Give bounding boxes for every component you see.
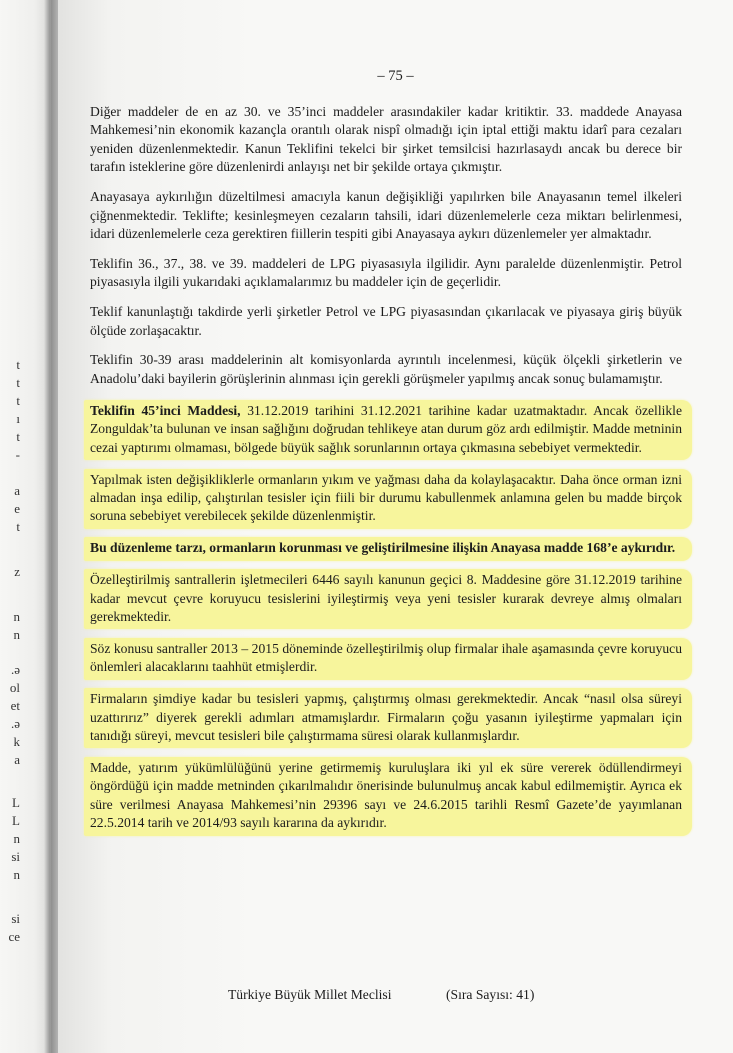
highlighted-paragraph: Madde, yatırım yükümlülüğünü yerine geti… [84,757,692,836]
previous-page-text-fragment: n [0,832,20,845]
previous-page-text-fragment: z [0,565,20,578]
previous-page-text-fragment: L [0,796,20,809]
previous-page-text-fragment: ə. [0,663,20,676]
previous-page-text-fragment: n [0,868,20,881]
paragraph: Diğer maddeler de en az 30. ve 35’inci m… [90,103,682,177]
previous-page-text-fragment: ol [0,681,20,694]
previous-page-text-fragment: ce [0,930,20,943]
paragraph: Teklif kanunlaştığı takdirde yerli şirke… [90,303,682,340]
previous-page-text-fragment: t [0,394,20,407]
paragraph-text: Anayasaya aykırılığın düzeltilmesi amacı… [90,189,682,241]
previous-page-text-fragment: e [0,502,20,515]
paragraph-bold-lead: Bu düzenleme tarzı, ormanların korunması… [90,540,675,555]
previous-page-text-fragment: ı [0,412,20,425]
previous-page-text-fragment: t [0,430,20,443]
document-page: – 75 – Diğer maddeler de en az 30. ve 35… [58,0,733,1053]
previous-page-text-fragment: si [0,912,20,925]
paragraph: Teklifin 30-39 arası maddelerinin alt ko… [90,351,682,388]
highlighted-paragraph: Bu düzenleme tarzı, ormanların korunması… [84,537,692,560]
previous-page-edge: tttıt-aetznnə.oletə.kaLLnsinsice [0,0,50,1053]
paragraph-text: Teklifin 36., 37., 38. ve 39. maddeleri … [90,256,682,289]
paragraph-text: Yapılmak isten değişikliklerle ormanları… [90,472,682,524]
previous-page-text-fragment: k [0,735,20,748]
footer-sira-sayisi: (Sıra Sayısı: 41) [446,987,534,1003]
previous-page-text-fragment: L [0,814,20,827]
previous-page-text-fragment: - [0,448,20,461]
paragraph-text: Söz konusu santraller 2013 – 2015 dönemi… [90,641,682,674]
highlighted-paragraph: Özelleştirilmiş santrallerin işletmecile… [84,569,692,629]
previous-page-text-fragment: et [0,699,20,712]
page-body: Diğer maddeler de en az 30. ve 35’inci m… [90,103,682,847]
paragraph-text: Diğer maddeler de en az 30. ve 35’inci m… [90,104,682,174]
previous-page-text-fragment: t [0,376,20,389]
previous-page-text-fragment: a [0,484,20,497]
paragraph: Teklifin 36., 37., 38. ve 39. maddeleri … [90,255,682,292]
highlighted-paragraph: Söz konusu santraller 2013 – 2015 dönemi… [84,638,692,680]
paragraph-text: Firmaların şimdiye kadar bu tesisleri ya… [90,691,682,743]
previous-page-text-fragment: n [0,610,20,623]
previous-page-text-fragment: n [0,628,20,641]
paragraph-text: Özelleştirilmiş santrallerin işletmecile… [90,572,682,624]
page-number: – 75 – [58,68,733,85]
paragraph-bold-lead: Teklifin 45’inci Maddesi, [90,403,241,418]
paragraph: Anayasaya aykırılığın düzeltilmesi amacı… [90,188,682,243]
highlighted-paragraph: Firmaların şimdiye kadar bu tesisleri ya… [84,688,692,748]
paragraph-text: Teklif kanunlaştığı takdirde yerli şirke… [90,304,682,337]
highlighted-paragraph: Teklifin 45’inci Maddesi, 31.12.2019 tar… [84,400,692,460]
previous-page-text-fragment: t [0,520,20,533]
previous-page-text-fragment: t [0,358,20,371]
previous-page-text-fragment: a [0,753,20,766]
paragraph-text: Teklifin 30-39 arası maddelerinin alt ko… [90,352,682,385]
highlighted-paragraph: Yapılmak isten değişikliklerle ormanları… [84,469,692,529]
paragraph-text: Madde, yatırım yükümlülüğünü yerine geti… [90,760,682,830]
previous-page-text-fragment: si [0,850,20,863]
footer-institution: Türkiye Büyük Millet Meclisi [228,987,391,1003]
previous-page-text-fragment: ə. [0,717,20,730]
